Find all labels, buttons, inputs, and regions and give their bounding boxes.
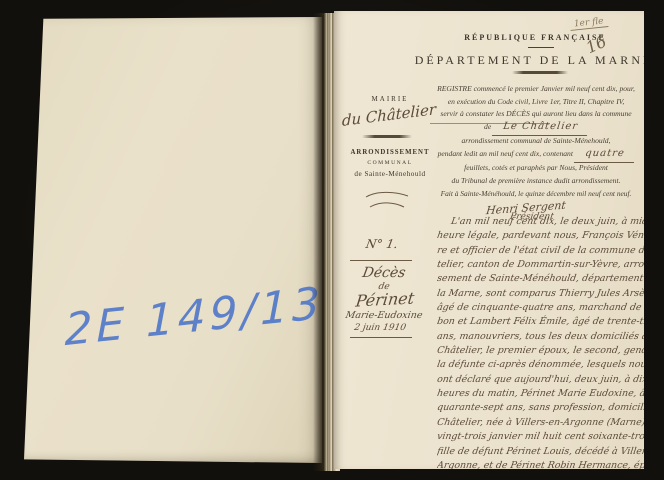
act-line: Châtelier, née à Villers-en-Argonne (Mar…: [437, 416, 644, 430]
blank-fill-rule: [430, 123, 550, 124]
act-line: âgé de cinquante-quatre ans, marchand de…: [437, 301, 644, 315]
act-line: re et officier de l'état civil de la com…: [437, 244, 644, 258]
act-line: vingt-trois janvier mil huit cent soixan…: [437, 430, 644, 444]
preamble-line-count: pendant ledit an mil neuf cent dix, cont…: [420, 148, 644, 163]
preamble-line: REGISTRE commencé le premier Janvier mil…: [420, 83, 644, 96]
count-prefix: pendant ledit an mil neuf cent dix, cont…: [438, 149, 573, 158]
folio-note-annotation: 1er fle: [570, 16, 608, 31]
left-page: 2E 149/13: [24, 17, 322, 463]
act-line: fille de défunt Périnet Louis, décédé à …: [437, 445, 644, 459]
margin-rule: [350, 260, 412, 261]
ink-flourish: [364, 189, 410, 215]
act-line: L'an mil neuf cent dix, le deux juin, à …: [437, 215, 644, 229]
act-line: heures du matin, Périnet Marie Eudoxine,…: [437, 387, 644, 401]
republique-heading: RÉPUBLIQUE FRANÇAISE: [424, 33, 644, 42]
act-line: Argonne, et de Périnet Robin Hermance, é…: [437, 459, 644, 469]
right-page: 1er fle 16 RÉPUBLIQUE FRANÇAISE DÉPARTEM…: [334, 11, 644, 469]
departement-heading: DÉPARTEMENT DE LA MARNE: [384, 53, 644, 68]
arrondissement-label: ARRONDISSEMENT: [342, 149, 438, 156]
preamble-line: du Tribunal de première instance dudit a…: [420, 175, 644, 188]
sheet-count-handwritten: quatre: [574, 148, 636, 163]
ornament-divider: [512, 71, 568, 74]
archive-call-number: 2E 149/13: [65, 281, 294, 356]
act-line: quarante-sept ans, sans profession, domi…: [437, 401, 644, 415]
act-line: bon et Lambert Félix Émile, âgé de trent…: [437, 315, 644, 329]
act-margin-date: 2 juin 1910: [339, 323, 421, 333]
act-line: ans, manouvriers, tous les deux domicili…: [437, 330, 644, 344]
page-edge-line: [327, 13, 328, 471]
preamble-line: feuillets, cotés et paraphés par Nous, P…: [420, 162, 644, 175]
preamble-line: servir à constater les DÉCÈS qui auront …: [420, 108, 644, 121]
act-line: ont déclaré que aujourd'hui, deux juin, …: [437, 373, 644, 387]
registre-preamble: REGISTRE commencé le premier Janvier mil…: [420, 83, 644, 187]
register-scan: 2E 149/13 1er fle 16 RÉPUBLIQUE FRANÇAIS…: [0, 0, 664, 480]
act-margin-deces: Décès: [343, 265, 426, 281]
margin-rule: [350, 337, 412, 338]
act-margin-surname: Périnet: [339, 288, 431, 312]
ornament-divider: [362, 135, 412, 138]
act-body: L'an mil neuf cent dix, le deux juin, à …: [437, 215, 644, 469]
act-number: N° 1.: [365, 237, 427, 251]
page-edge-line: [332, 13, 333, 471]
preamble-line: arrondissement communal de Sainte-Méneho…: [420, 135, 644, 148]
communal-label: COMMUNAL: [342, 160, 438, 166]
act-line: sement de Sainte-Ménéhould, département …: [437, 272, 644, 286]
act-margin-given-names: Marie-Eudoxine: [334, 310, 435, 321]
sainte-menehould-label: de Sainte-Ménehould: [342, 170, 438, 178]
divider-rule: [528, 47, 554, 48]
act-line: telier, canton de Dommartin-sur-Yèvre, a…: [437, 258, 644, 272]
act-line: Châtelier, le premier époux, le second, …: [437, 344, 644, 358]
act-line: la défunte ci-après dénommée, lesquels n…: [437, 358, 644, 372]
act-line: la Marne, sont comparus Thierry Jules Ar…: [437, 287, 644, 301]
act-line: heure légale, pardevant nous, François V…: [437, 229, 644, 243]
preamble-line: en exécution du Code civil, Livre 1er, T…: [420, 96, 644, 109]
